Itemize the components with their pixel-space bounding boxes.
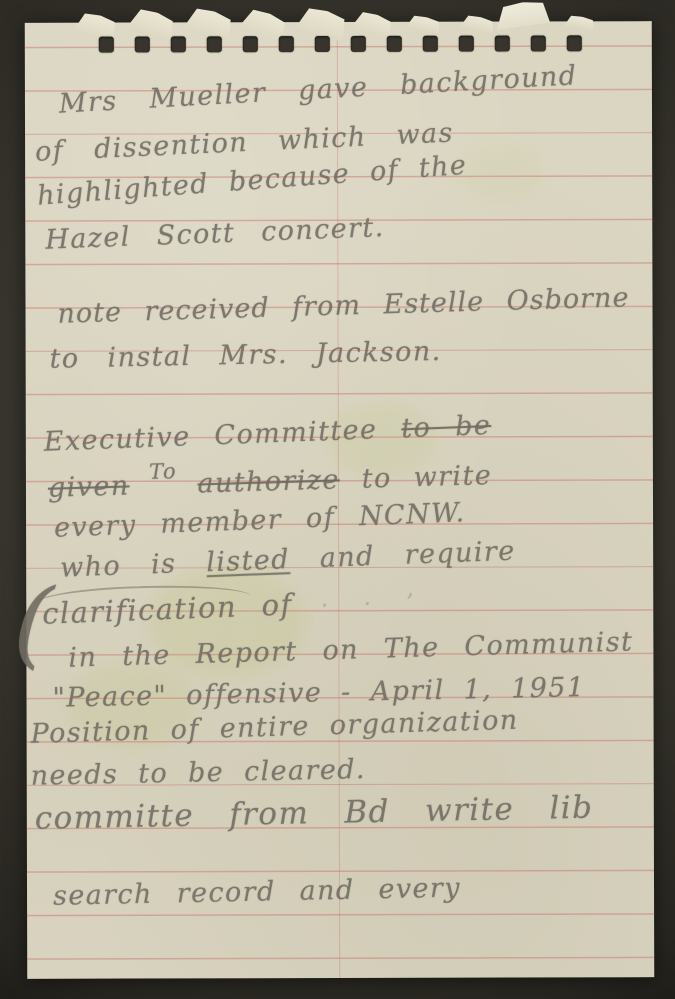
notebook-page: ( Mrs Mueller gave backgroundof dissenti… [25,21,655,979]
torn-flap [351,9,395,40]
torn-flap [460,13,496,34]
punch-hole [423,36,438,52]
text-segment: search record and every [53,873,461,912]
punch-hole [387,36,402,52]
text-segment: · · ’ [292,589,421,621]
text-segment: note received from Estelle Osborne [57,282,630,329]
handwritten-line-16: search record and every [53,873,461,912]
text-segment: listed [206,544,291,578]
green-smudge [455,141,545,201]
punch-hole [531,35,546,51]
punch-hole [495,36,510,52]
handwritten-line-11: in the Report on The Communist [68,626,634,673]
text-segment: To [129,457,198,484]
punch-hole [459,36,474,52]
handwritten-line-10: clarification of · · ’ [42,583,422,631]
torn-flap [126,5,177,42]
punch-hole [99,37,114,53]
text-segment: given [48,470,130,503]
handwritten-line-15: committe from Bd write lib [34,790,593,837]
text-segment: needs to be cleared. [30,754,366,792]
text-segment: clarification [42,589,238,630]
punch-hole [315,36,330,52]
punch-hole [351,36,366,52]
handwritten-line-5: to instal Mrs. Jackson. [49,336,442,375]
photo-background: { "document": { "kind": "handwritten pen… [0,0,675,999]
text-segment: who is [60,547,207,583]
text-segment: to instal Mrs. Jackson. [49,336,442,375]
text-segment: to write [339,460,492,495]
handwritten-line-6: Executive Committee to be [43,410,492,458]
text-segment: Executive Committee [43,413,402,457]
text-segment: to be [401,410,492,444]
handwritten-line-0: Mrs Mueller gave background [58,60,578,119]
punch-hole [135,36,150,52]
handwritten-line-14: needs to be cleared. [30,754,366,792]
text-segment: Mrs Mueller gave background [58,60,578,119]
torn-flap [493,0,550,30]
handwritten-line-8: every member of NCNW. [53,497,466,543]
punch-hole [171,36,186,52]
torn-flap [406,13,442,34]
handwritten-line-4: note received from Estelle Osborne [57,282,630,329]
handwritten-line-9: who is listed and require [60,536,517,584]
text-segment: authorize [197,464,340,499]
punch-hole [243,36,258,52]
text-segment: and require [289,536,516,575]
punch-hole [279,36,294,52]
punch-hole [567,35,582,51]
text-segment: every member of NCNW. [53,497,466,543]
torn-flap [564,14,596,31]
handwritten-line-7: given To authorize to write [48,460,493,504]
text-segment: in the Report on The Communist [68,626,634,673]
text-segment: Hazel Scott concert. [45,212,385,256]
punch-hole [207,36,222,52]
text-segment: committe from Bd write lib [34,790,593,837]
handwritten-line-3: Hazel Scott concert. [45,212,385,256]
